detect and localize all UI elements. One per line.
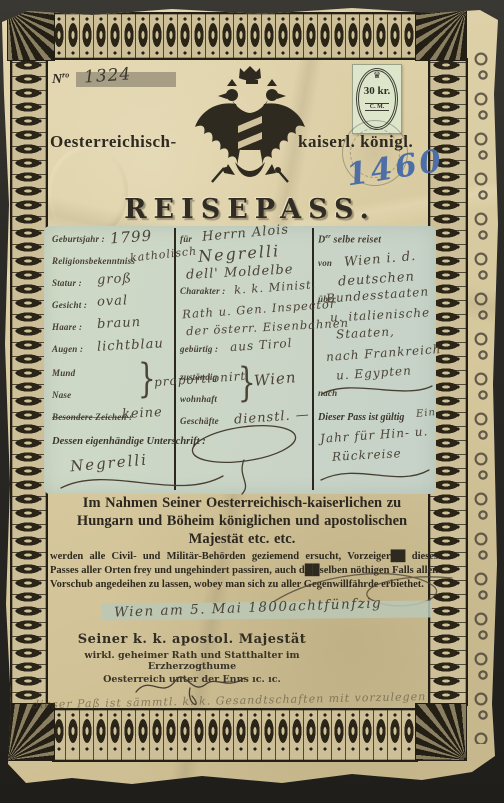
field-label: Statur : — [52, 278, 82, 288]
stamp-value: 30 kr. — [353, 85, 401, 97]
route-flourish — [320, 380, 435, 402]
field-label: Gesicht : — [52, 300, 87, 310]
no-value: 1324 — [83, 64, 132, 87]
border-corner-bottom-right — [416, 704, 466, 760]
right-edge-flourishes — [468, 44, 496, 744]
gueltig-label: Dieser Pass ist gültig — [318, 412, 404, 423]
charakter-label: Charakter : — [180, 286, 225, 296]
wohnhaft-label: wohnhaft — [180, 394, 217, 404]
imperial-eagle-crest — [188, 64, 312, 212]
photo-background: Nro 1324 ♛ 30 kr. C. M. — [0, 0, 504, 803]
field-label: Haare : — [52, 322, 82, 332]
field-value: keine — [122, 405, 164, 422]
signature-label: Dessen eigenhändige Unterschrift : — [52, 436, 206, 447]
gueltig-value: Ein — [415, 407, 436, 420]
field-label: Religionsbekenntniss — [52, 256, 135, 266]
proclamation-line2: Hungarn und Böheim königlichen und apost… — [46, 512, 438, 530]
field-value: 1799 — [109, 227, 152, 248]
von-label: von — [318, 258, 332, 268]
border-corner-top-right — [416, 10, 466, 60]
stamp-currency: C. M. — [365, 103, 389, 111]
stamp-eagle-icon: ♛ — [353, 70, 401, 81]
border-top — [52, 12, 418, 60]
border-corner-top-left — [8, 10, 54, 60]
passport-number: Nro — [52, 70, 69, 88]
gueltig-flourish — [317, 466, 432, 486]
office-line1: Seiner k. k. apostol. Majestät — [52, 632, 332, 647]
border-corner-bottom-left — [8, 704, 54, 760]
field-label: Geburtsjahr : — [52, 234, 105, 244]
field-label: Mund — [52, 368, 75, 378]
column-divider-1 — [174, 228, 176, 490]
brace: } — [238, 360, 256, 406]
passport-sheet: Nro 1324 ♛ 30 kr. C. M. — [2, 4, 499, 796]
zustaendig-label: zuständig — [180, 372, 217, 382]
zustaendig-value: Wien — [253, 368, 297, 390]
proclamation-line3: Majestät etc. etc. — [46, 530, 438, 548]
reiset-label: Der selbe reiset — [318, 234, 381, 245]
gebuertig-label: gebürtig : — [180, 344, 218, 354]
border-bottom — [52, 708, 418, 762]
border-left — [10, 58, 48, 706]
field-label: Besondere Zeichen : — [52, 412, 132, 422]
column-divider-2 — [312, 228, 314, 490]
no-label: Nro — [52, 72, 69, 87]
field-value: oval — [97, 293, 129, 310]
proclamation-line1: Im Nahmen Seiner Oesterreichisch-kaiserl… — [46, 494, 438, 512]
fuer-label: für — [180, 234, 192, 244]
field-value: groß — [97, 271, 133, 288]
field-label: Augen : — [52, 344, 83, 354]
page-title: REISEPASS. — [62, 194, 438, 225]
field-value: braun — [97, 315, 142, 332]
header-left: Oesterreichisch- — [50, 132, 177, 152]
field-label: Nase — [52, 390, 71, 400]
